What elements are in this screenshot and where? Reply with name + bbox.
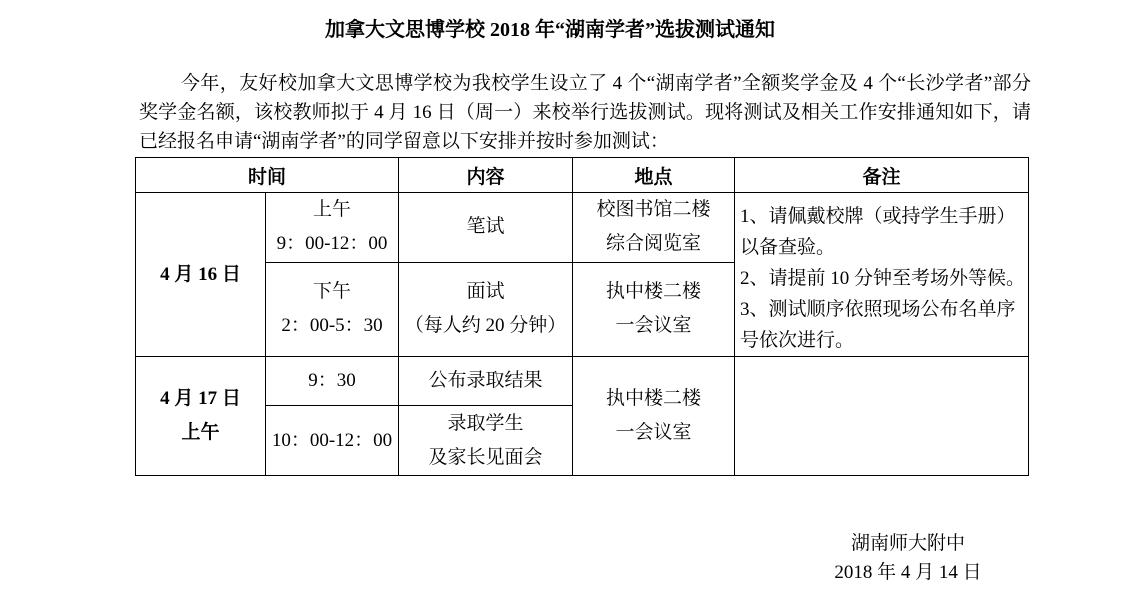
signature-date: 2018 年 4 月 14 日 (812, 558, 1004, 587)
notice-paragraph: 今年，友好校加拿大文思博学校为我校学生设立了 4 个“湖南学者”全额奖学金及 4… (139, 69, 1031, 156)
date-cell-apr16: 4 月 16 日 (136, 193, 266, 357)
remark-item-3: 3、测试顺序依照现场公布名单序号依次进行。 (740, 294, 1026, 356)
content-cell-written-test: 笔试 (399, 193, 573, 263)
time-cell-1000-1200: 10：00-12：00 (266, 406, 399, 476)
col-header-location: 地点 (573, 158, 735, 193)
location-library-line1: 校图书馆二楼 (573, 193, 734, 227)
time-930-text: 9：30 (266, 364, 398, 398)
content-cell-interview: 面试 （每人约 20 分钟） (399, 262, 573, 356)
time-cell-afternoon: 下午 2：00-5：30 (266, 262, 399, 356)
date-apr16-text: 4 月 16 日 (136, 258, 265, 292)
date-cell-apr17: 4 月 17 日 上午 (136, 357, 266, 476)
content-meeting-line2: 及家长见面会 (399, 441, 572, 475)
schedule-table: 时间 内容 地点 备注 4 月 16 日 上午 9：00-12：00 笔试 校图… (135, 157, 1029, 476)
page-title: 加拿大文思博学校 2018 年“湖南学者”选拔测试通知 (0, 16, 1100, 44)
location-zhizhong2-line1: 执中楼二楼 (573, 382, 734, 416)
location-zhizhong-line1: 执中楼二楼 (573, 275, 734, 309)
remark-cell-apr17-empty (735, 357, 1029, 476)
location-cell-zhizhong-apr17: 执中楼二楼 一会议室 (573, 357, 735, 476)
content-interview: 面试 (399, 275, 572, 309)
location-cell-zhizhong-apr16: 执中楼二楼 一会议室 (573, 262, 735, 356)
col-header-content: 内容 (399, 158, 573, 193)
date-apr17-line2: 上午 (136, 416, 265, 450)
location-zhizhong-line2: 一会议室 (573, 309, 734, 343)
remark-cell-apr16: 1、请佩戴校牌（或持学生手册）以备查验。 2、请提前 10 分钟至考场外等候。 … (735, 193, 1029, 357)
time-morning-range: 9：00-12：00 (266, 227, 398, 261)
remark-item-2: 2、请提前 10 分钟至考场外等候。 (740, 263, 1026, 294)
time-morning-label: 上午 (266, 193, 398, 227)
content-written-test: 笔试 (399, 210, 572, 244)
content-meeting-line1: 录取学生 (399, 407, 572, 441)
location-zhizhong2-line2: 一会议室 (573, 416, 734, 450)
date-apr17-line1: 4 月 17 日 (136, 382, 265, 416)
remark-item-1: 1、请佩戴校牌（或持学生手册）以备查验。 (740, 201, 1026, 263)
time-afternoon-range: 2：00-5：30 (266, 309, 398, 343)
signature-name: 湖南师大附中 (812, 529, 1004, 558)
content-announce-result: 公布录取结果 (399, 364, 572, 398)
table-header-row: 时间 内容 地点 备注 (136, 158, 1029, 193)
col-header-time: 时间 (136, 158, 399, 193)
document-page: 加拿大文思博学校 2018 年“湖南学者”选拔测试通知 今年，友好校加拿大文思博… (0, 0, 1122, 602)
col-header-remark: 备注 (735, 158, 1029, 193)
location-cell-library: 校图书馆二楼 综合阅览室 (573, 193, 735, 263)
table-row-apr17-result: 4 月 17 日 上午 9：30 公布录取结果 执中楼二楼 一会议室 (136, 357, 1029, 406)
location-library-line2: 综合阅览室 (573, 227, 734, 261)
content-interview-duration: （每人约 20 分钟） (399, 309, 572, 343)
time-1000-1200-text: 10：00-12：00 (266, 424, 398, 458)
content-cell-meeting: 录取学生 及家长见面会 (399, 406, 573, 476)
table-row-apr16-morning: 4 月 16 日 上午 9：00-12：00 笔试 校图书馆二楼 综合阅览室 1… (136, 193, 1029, 263)
time-afternoon-label: 下午 (266, 275, 398, 309)
signature-block: 湖南师大附中 2018 年 4 月 14 日 (812, 529, 1004, 587)
time-cell-930: 9：30 (266, 357, 399, 406)
content-cell-announce-result: 公布录取结果 (399, 357, 573, 406)
time-cell-morning: 上午 9：00-12：00 (266, 193, 399, 263)
